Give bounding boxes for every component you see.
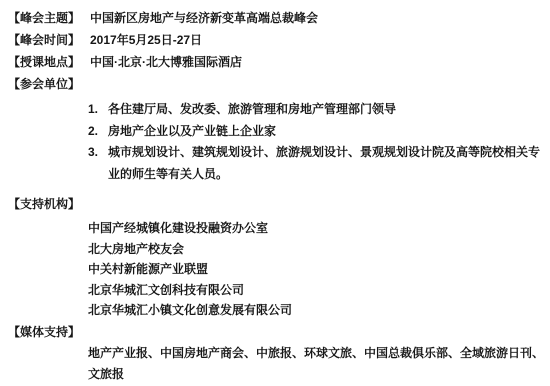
attendee-list-item: 2. 房地产企业以及产业链上企业家 (88, 121, 546, 143)
event-info-document: 【峰会主题】 中国新区房地产与经济新变革高端总裁峰会 【峰会时间】 2017年5… (0, 0, 550, 386)
summit-time-row: 【峰会时间】 2017年5月25日-27日 (8, 29, 546, 51)
supporters-section-label: 【支持机构】 (8, 193, 546, 215)
summit-venue-value: 中国·北京·北大博雅国际酒店 (90, 51, 546, 73)
summit-theme-label: 【峰会主题】 (8, 7, 90, 29)
summit-theme-value: 中国新区房地产与经济新变革高端总裁峰会 (90, 7, 546, 29)
summit-theme-row: 【峰会主题】 中国新区房地产与经济新变革高端总裁峰会 (8, 7, 546, 29)
attendee-item-number: 2. (88, 121, 108, 143)
media-support-text: 地产产业报、中国房地产商会、中旅报、环球文旅、中国总裁俱乐部、全域旅游日刊、文旅… (88, 343, 546, 386)
attendee-item-text: 各住建厅局、发改委、旅游管理和房地产管理部门领导 (108, 99, 546, 121)
summit-time-value: 2017年5月25日-27日 (90, 29, 546, 51)
supporter-item: 中国产经城镇化建设投融资办公室 (88, 218, 546, 239)
attendee-list: 1. 各住建厅局、发改委、旅游管理和房地产管理部门领导 2. 房地产企业以及产业… (88, 99, 546, 185)
supporters-list: 中国产经城镇化建设投融资办公室 北大房地产校友会 中关村新能源产业联盟 北京华城… (88, 218, 546, 321)
attendee-item-text: 房地产企业以及产业链上企业家 (108, 121, 546, 143)
attendee-list-item: 1. 各住建厅局、发改委、旅游管理和房地产管理部门领导 (88, 99, 546, 121)
attendees-section-label: 【参会单位】 (8, 73, 546, 95)
attendee-item-number: 1. (88, 99, 108, 121)
summit-venue-row: 【授课地点】 中国·北京·北大博雅国际酒店 (8, 51, 546, 73)
attendee-item-number: 3. (88, 142, 108, 185)
supporter-item: 北京华城汇文创科技有限公司 (88, 280, 546, 301)
media-section-label: 【媒体支持】 (8, 321, 546, 343)
summit-time-label: 【峰会时间】 (8, 29, 90, 51)
summit-venue-label: 【授课地点】 (8, 51, 90, 73)
supporter-item: 中关村新能源产业联盟 (88, 259, 546, 280)
attendee-list-item: 3. 城市规划设计、建筑规划设计、旅游规划设计、景观规划设计院及高等院校相关专业… (88, 142, 546, 185)
attendee-item-text: 城市规划设计、建筑规划设计、旅游规划设计、景观规划设计院及高等院校相关专业的师生… (108, 142, 546, 185)
supporter-item: 北京华城汇小镇文化创意发展有限公司 (88, 300, 546, 321)
supporter-item: 北大房地产校友会 (88, 239, 546, 260)
